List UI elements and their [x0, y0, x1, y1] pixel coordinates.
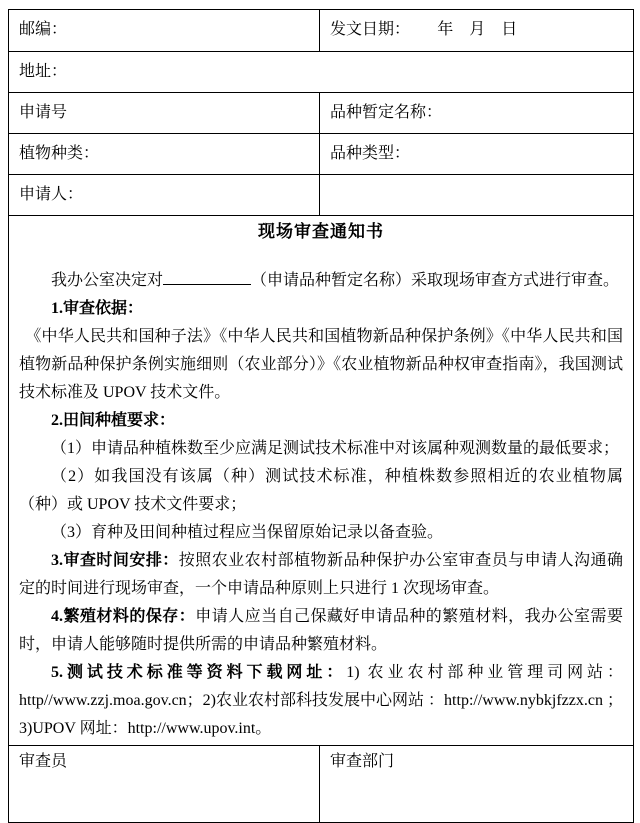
row-application: 申请号 品种暂定名称：	[9, 93, 634, 134]
document-page: 邮编： 发文日期：年 月 日 地址： 申请号 品种暂定名称： 植物种类：	[0, 0, 640, 823]
variety-type-cell: 品种类型：	[320, 134, 634, 175]
applicant-value-cell	[320, 175, 634, 216]
address-label: 地址：	[19, 63, 67, 80]
issue-date-label: 发文日期：	[330, 21, 410, 38]
address-cell: 地址：	[9, 52, 634, 93]
section-3-paragraph: 3.审查时间安排：按照农业农村部植物新品种保护办公室审查员与申请人沟通确定的时间…	[19, 547, 623, 603]
issue-date-value: 年 月 日	[437, 21, 517, 38]
section-5-heading: 5.测试技术标准等资料下载网址：	[51, 664, 346, 681]
applicant-label: 申请人：	[19, 186, 83, 203]
postcode-label: 邮编：	[19, 21, 67, 38]
notice-title: 现场审查通知书	[19, 218, 623, 246]
row-species-type: 植物种类： 品种类型：	[9, 134, 634, 175]
review-department-cell: 审查部门	[320, 746, 634, 823]
section-2-heading: 2.田间种植要求：	[19, 407, 623, 435]
reviewer-cell: 审查员	[9, 746, 320, 823]
section-4-paragraph: 4.繁殖材料的保存：申请人应当自己保藏好申请品种的繁殖材料，我办公室需要时，申请…	[19, 603, 623, 659]
notice-body-cell: 现场审查通知书 我办公室决定对（申请品种暂定名称）采取现场审查方式进行审查。 1…	[9, 216, 634, 746]
section-1-heading: 1.审查依据：	[19, 295, 623, 323]
variety-name-label: 品种暂定名称：	[330, 104, 442, 121]
intro-prefix: 我办公室决定对	[51, 272, 163, 289]
variety-type-label: 品种类型：	[330, 145, 410, 162]
section-5-paragraph: 5.测试技术标准等资料下载网址：1) 农业农村部种业管理司网站：http//ww…	[19, 659, 623, 743]
variety-name-cell: 品种暂定名称：	[320, 93, 634, 134]
plant-species-label: 植物种类：	[19, 145, 99, 162]
row-address: 地址：	[9, 52, 634, 93]
section-2-item-3: （3）育种及田间种植过程应当保留原始记录以备查验。	[19, 519, 623, 547]
intro-suffix: （申请品种暂定名称）采取现场审查方式进行审查。	[251, 272, 619, 289]
row-footer: 审查员 审查部门	[9, 746, 634, 823]
reviewer-label: 审查员	[19, 753, 67, 770]
section-1-body: 《中华人民共和国种子法》《中华人民共和国植物新品种保护条例》《中华人民共和国植物…	[19, 323, 623, 407]
postcode-cell: 邮编：	[9, 10, 320, 52]
row-notice-body: 现场审查通知书 我办公室决定对（申请品种暂定名称）采取现场审查方式进行审查。 1…	[9, 216, 634, 746]
section-2-item-1: （1）申请品种植株数至少应满足测试技术标准中对该属种观测数量的最低要求；	[19, 435, 623, 463]
row-postcode-date: 邮编： 发文日期：年 月 日	[9, 10, 634, 52]
plant-species-cell: 植物种类：	[9, 134, 320, 175]
application-no-cell: 申请号	[9, 93, 320, 134]
section-2-item-2: （2）如我国没有该属（种）测试技术标准，种植株数参照相近的农业植物属（种）或 U…	[19, 463, 623, 519]
application-no-label: 申请号	[19, 104, 67, 121]
notice-form-table: 邮编： 发文日期：年 月 日 地址： 申请号 品种暂定名称： 植物种类：	[8, 9, 634, 823]
review-department-label: 审查部门	[330, 753, 394, 770]
intro-paragraph: 我办公室决定对（申请品种暂定名称）采取现场审查方式进行审查。	[19, 267, 623, 295]
applicant-cell: 申请人：	[9, 175, 320, 216]
section-3-heading: 3.审查时间安排：	[51, 552, 179, 569]
fill-in-blank	[163, 282, 251, 285]
issue-date-cell: 发文日期：年 月 日	[320, 10, 634, 52]
row-applicant: 申请人：	[9, 175, 634, 216]
section-4-heading: 4.繁殖材料的保存：	[51, 608, 195, 625]
